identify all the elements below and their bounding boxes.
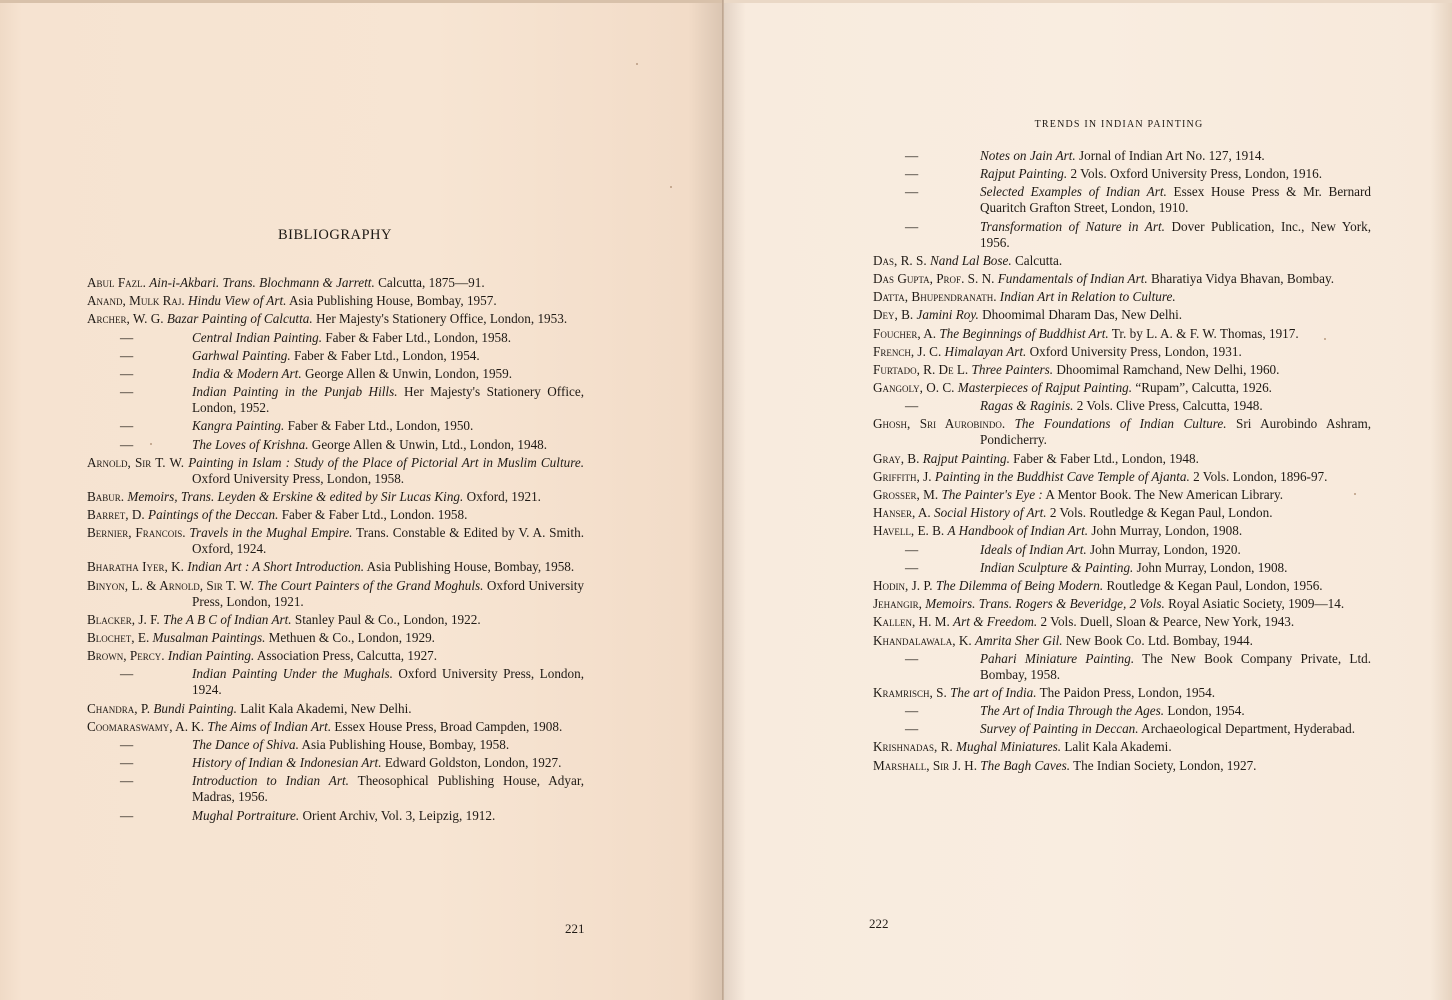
- entry-title: Jamini Roy.: [917, 307, 979, 322]
- bibliography-entry: Griffith, J. Painting in the Buddhist Ca…: [873, 469, 1371, 485]
- entry-publication: 2 Vols. London, 1896-97.: [1193, 469, 1327, 484]
- entry-publication: A Mentor Book. The New American Library.: [1045, 487, 1283, 502]
- entry-author: Furtado, R. De L.: [873, 362, 968, 377]
- bibliography-entry: —Ragas & Raginis. 2 Vols. Clive Press, C…: [873, 398, 1371, 414]
- entry-publication: Faber & Faber Ltd., London, 1948.: [1013, 451, 1199, 466]
- entry-title: Central Indian Painting.: [192, 330, 322, 345]
- entry-title: Garhwal Painting.: [192, 348, 291, 363]
- paper-speck: [636, 63, 638, 65]
- entry-title: India & Modern Art.: [192, 366, 302, 381]
- entry-publication: Bharatiya Vidya Bhavan, Bombay.: [1151, 271, 1334, 286]
- ditto-dash: —: [120, 737, 133, 753]
- entry-author: Das Gupta, Prof. S. N.: [873, 271, 994, 286]
- paper-speck: [1324, 338, 1326, 340]
- entry-publication: George Allen & Unwin, London, 1959.: [305, 366, 512, 381]
- entry-title: Hindu View of Art.: [188, 293, 286, 308]
- page-title: BIBLIOGRAPHY: [0, 227, 670, 244]
- entry-title: The Court Painters of the Grand Moghuls.: [257, 578, 483, 593]
- bibliography-entry: Bharatha Iyer, K. Indian Art : A Short I…: [87, 559, 584, 575]
- entry-publication: George Allen & Unwin, Ltd., London, 1948…: [312, 437, 547, 452]
- entry-author: Havell, E. B.: [873, 523, 944, 538]
- entry-title: Bundi Painting.: [153, 701, 237, 716]
- bibliography-entry: Ghosh, Sri Aurobindo. The Foundations of…: [873, 416, 1371, 448]
- entry-publication: Methuen & Co., London, 1929.: [269, 630, 435, 645]
- ditto-dash: —: [905, 560, 918, 576]
- entry-title: Bazar Painting of Calcutta.: [167, 311, 313, 326]
- bibliography-entry: Krishnadas, R. Mughal Miniatures. Lalit …: [873, 739, 1371, 755]
- bibliography-entry: Bernier, Francois. Travels in the Mughal…: [87, 525, 584, 557]
- bibliography-entry: Havell, E. B. A Handbook of Indian Art. …: [873, 523, 1371, 539]
- ditto-dash: —: [120, 366, 133, 382]
- entry-title: Painting in the Buddhist Cave Temple of …: [935, 469, 1190, 484]
- entry-author: Jehangir,: [873, 596, 922, 611]
- entry-author: Hodin, J. P.: [873, 578, 933, 593]
- running-head: TRENDS IN INDIAN PAINTING: [724, 119, 1452, 130]
- bibliography-entry: Kallen, H. M. Art & Freedom. 2 Vols. Due…: [873, 614, 1371, 630]
- bibliography-entry: Coomaraswamy, A. K. The Aims of Indian A…: [87, 719, 584, 735]
- bibliography-entry: Abul Fazl. Ain-i-Akbari. Trans. Blochman…: [87, 275, 584, 291]
- entry-author: Dey, B.: [873, 307, 913, 322]
- entry-author: Coomaraswamy, A. K.: [87, 719, 204, 734]
- bibliography-entry: —History of Indian & Indonesian Art. Edw…: [87, 755, 584, 771]
- entry-title: The Bagh Caves.: [980, 758, 1070, 773]
- ditto-dash: —: [905, 721, 918, 737]
- entry-title: Indian Painting.: [168, 648, 254, 663]
- bibliography-entry: —Introduction to Indian Art. Theosophica…: [87, 773, 584, 805]
- entry-title: Nand Lal Bose.: [930, 253, 1012, 268]
- left-page: BIBLIOGRAPHY Abul Fazl. Ain-i-Akbari. Tr…: [0, 0, 724, 1000]
- entry-title: The Foundations of Indian Culture.: [1015, 416, 1227, 431]
- entry-title: Painting in Islam : Study of the Place o…: [188, 455, 584, 470]
- entry-publication: Faber & Faber Ltd., London, 1958.: [325, 330, 511, 345]
- entry-title: Mughal Portraiture.: [192, 808, 299, 823]
- bibliography-entry: —Survey of Painting in Deccan. Archaeolo…: [873, 721, 1371, 737]
- entry-title: Indian Art : A Short Introduction.: [187, 559, 364, 574]
- ditto-dash: —: [120, 384, 133, 400]
- entry-title: Ain-i-Akbari. Trans. Blochmann & Jarrett…: [149, 275, 375, 290]
- entry-author: Barret, D.: [87, 507, 145, 522]
- entry-publication: Tr. by L. A. & F. W. Thomas, 1917.: [1112, 326, 1299, 341]
- entry-title: Kangra Painting.: [192, 418, 284, 433]
- bibliography-entry: Brown, Percy. Indian Painting. Associati…: [87, 648, 584, 664]
- entry-publication: John Murray, London, 1920.: [1090, 542, 1241, 557]
- bibliography-entry: Arnold, Sir T. W. Painting in Islam : St…: [87, 455, 584, 487]
- paper-speck: [1354, 493, 1356, 495]
- ditto-dash: —: [905, 148, 918, 164]
- bibliography-entry: Binyon, L. & Arnold, Sir T. W. The Court…: [87, 578, 584, 610]
- entry-title: Transformation of Nature in Art.: [980, 219, 1165, 234]
- ditto-dash: —: [905, 542, 918, 558]
- entry-publication: The Indian Society, London, 1927.: [1073, 758, 1256, 773]
- entry-publication: “Rupam”, Calcutta, 1926.: [1135, 380, 1272, 395]
- entry-title: Himalayan Art.: [945, 344, 1027, 359]
- page-number: 222: [869, 916, 889, 932]
- paper-speck: [150, 443, 152, 445]
- paper-speck: [670, 186, 672, 188]
- entry-publication: Asia Publishing House, Bombay, 1958.: [302, 737, 510, 752]
- entry-title: Masterpieces of Rajput Painting.: [958, 380, 1132, 395]
- bibliography-entry: —Garhwal Painting. Faber & Faber Ltd., L…: [87, 348, 584, 364]
- entry-title: The Dilemma of Being Modern.: [936, 578, 1103, 593]
- ditto-dash: —: [120, 755, 133, 771]
- bibliography-entry: French, J. C. Himalayan Art. Oxford Univ…: [873, 344, 1371, 360]
- bibliography-list-right: —Notes on Jain Art. Jornal of Indian Art…: [873, 148, 1371, 776]
- ditto-dash: —: [120, 666, 133, 682]
- bibliography-entry: Furtado, R. De L. Three Painters. Dhoomi…: [873, 362, 1371, 378]
- bibliography-entry: —Indian Painting in the Punjab Hills. He…: [87, 384, 584, 416]
- bibliography-entry: —Transformation of Nature in Art. Dover …: [873, 219, 1371, 251]
- bibliography-entry: —Ideals of Indian Art. John Murray, Lond…: [873, 542, 1371, 558]
- entry-title: Amrita Sher Gil.: [975, 633, 1063, 648]
- bibliography-entry: Chandra, P. Bundi Painting. Lalit Kala A…: [87, 701, 584, 717]
- entry-publication: Routledge & Kegan Paul, London, 1956.: [1107, 578, 1323, 593]
- bibliography-entry: Kramrisch, S. The art of India. The Paid…: [873, 685, 1371, 701]
- bibliography-entry: Grosser, M. The Painter's Eye : A Mentor…: [873, 487, 1371, 503]
- entry-publication: Orient Archiv, Vol. 3, Leipzig, 1912.: [303, 808, 496, 823]
- entry-title: Three Painters.: [972, 362, 1054, 377]
- entry-title: Rajput Painting.: [923, 451, 1010, 466]
- entry-author: Kramrisch, S.: [873, 685, 947, 700]
- bibliography-entry: Das Gupta, Prof. S. N. Fundamentals of I…: [873, 271, 1371, 287]
- entry-title: The Art of India Through the Ages.: [980, 703, 1164, 718]
- ditto-dash: —: [905, 398, 918, 414]
- entry-author: Marshall, Sir J. H.: [873, 758, 977, 773]
- entry-title: Indian Sculpture & Painting.: [980, 560, 1133, 575]
- ditto-dash: —: [905, 219, 918, 235]
- bibliography-entry: Barret, D. Paintings of the Deccan. Fabe…: [87, 507, 584, 523]
- bibliography-entry: Blacker, J. F. The A B C of Indian Art. …: [87, 612, 584, 628]
- entry-publication: Faber & Faber Ltd., London, 1950.: [288, 418, 474, 433]
- entry-title: The Loves of Krishna.: [192, 437, 309, 452]
- entry-author: Archer, W. G.: [87, 311, 164, 326]
- ditto-dash: —: [905, 166, 918, 182]
- bibliography-entry: —The Loves of Krishna. George Allen & Un…: [87, 437, 584, 453]
- entry-author: Chandra, P.: [87, 701, 150, 716]
- entry-author: Abul Fazl.: [87, 275, 146, 290]
- bibliography-entry: Anand, Mulk Raj. Hindu View of Art. Asia…: [87, 293, 584, 309]
- entry-publication: Lalit Kala Akademi.: [1064, 739, 1171, 754]
- entry-title: The Aims of Indian Art.: [207, 719, 331, 734]
- entry-publication: Asia Publishing House, Bombay, 1958.: [367, 559, 575, 574]
- entry-title: Art & Freedom.: [953, 614, 1037, 629]
- bibliography-entry: —Mughal Portraiture. Orient Archiv, Vol.…: [87, 808, 584, 824]
- entry-title: Indian Painting Under the Mughals.: [192, 666, 393, 681]
- bibliography-list-left: Abul Fazl. Ain-i-Akbari. Trans. Blochman…: [87, 275, 584, 826]
- ditto-dash: —: [120, 773, 133, 789]
- entry-author: Grosser, M.: [873, 487, 938, 502]
- entry-publication: Oxford University Press, London, 1931.: [1030, 344, 1242, 359]
- ditto-dash: —: [120, 808, 133, 824]
- entry-publication: Dhoomimal Ramchand, New Delhi, 1960.: [1056, 362, 1279, 377]
- entry-publication: Calcutta.: [1015, 253, 1062, 268]
- entry-publication: Oxford University Press, London, 1958.: [192, 471, 404, 486]
- entry-publication: Asia Publishing House, Bombay, 1957.: [289, 293, 497, 308]
- entry-publication: Her Majesty's Stationery Office, London,…: [316, 311, 567, 326]
- bibliography-entry: —The Dance of Shiva. Asia Publishing Hou…: [87, 737, 584, 753]
- entry-publication: Dhoomimal Dharam Das, New Delhi.: [982, 307, 1182, 322]
- bibliography-entry: Das, R. S. Nand Lal Bose. Calcutta.: [873, 253, 1371, 269]
- bibliography-entry: —Central Indian Painting. Faber & Faber …: [87, 330, 584, 346]
- entry-author: Khandalawala, K.: [873, 633, 972, 648]
- entry-author: Krishnadas, R.: [873, 739, 953, 754]
- entry-title: Ragas & Raginis.: [980, 398, 1073, 413]
- entry-title: The Beginnings of Buddhist Art.: [939, 326, 1108, 341]
- entry-title: The Dance of Shiva.: [192, 737, 299, 752]
- bibliography-entry: Foucher, A. The Beginnings of Buddhist A…: [873, 326, 1371, 342]
- entry-author: Blacker, J. F.: [87, 612, 160, 627]
- bibliography-entry: Archer, W. G. Bazar Painting of Calcutta…: [87, 311, 584, 327]
- entry-title: The art of India.: [950, 685, 1036, 700]
- entry-title: Paintings of the Deccan.: [148, 507, 278, 522]
- entry-publication: 2 Vols. Routledge & Kegan Paul, London.: [1050, 505, 1273, 520]
- entry-author: Anand, Mulk Raj.: [87, 293, 185, 308]
- entry-publication: Stanley Paul & Co., London, 1922.: [295, 612, 481, 627]
- entry-title: The Painter's Eye :: [941, 487, 1042, 502]
- entry-author: Brown, Percy.: [87, 648, 165, 663]
- entry-title: Indian Art in Relation to Culture.: [1000, 289, 1176, 304]
- right-page: TRENDS IN INDIAN PAINTING —Notes on Jain…: [724, 0, 1452, 1000]
- ditto-dash: —: [905, 703, 918, 719]
- entry-publication: Royal Asiatic Society, 1909—14.: [1168, 596, 1344, 611]
- entry-publication: Oxford, 1921.: [467, 489, 541, 504]
- entry-author: Gangoly, O. C.: [873, 380, 954, 395]
- bibliography-entry: Datta, Bhupendranath. Indian Art in Rela…: [873, 289, 1371, 305]
- bibliography-entry: —Indian Painting Under the Mughals. Oxfo…: [87, 666, 584, 698]
- ditto-dash: —: [120, 330, 133, 346]
- entry-title: Selected Examples of Indian Art.: [980, 184, 1167, 199]
- bibliography-entry: Khandalawala, K. Amrita Sher Gil. New Bo…: [873, 633, 1371, 649]
- entry-publication: London, 1954.: [1167, 703, 1244, 718]
- ditto-dash: —: [120, 437, 133, 453]
- entry-author: Hanser, A.: [873, 505, 931, 520]
- entry-author: Bharatha Iyer, K.: [87, 559, 184, 574]
- entry-publication: Jornal of Indian Art No. 127, 1914.: [1079, 148, 1265, 163]
- bibliography-entry: Jehangir, Memoirs. Trans. Rogers & Bever…: [873, 596, 1371, 612]
- entry-title: Social History of Art.: [934, 505, 1047, 520]
- entry-publication: Lalit Kala Akademi, New Delhi.: [240, 701, 411, 716]
- bibliography-entry: Blochet, E. Musalman Paintings. Methuen …: [87, 630, 584, 646]
- bibliography-entry: —Rajput Painting. 2 Vols. Oxford Univers…: [873, 166, 1371, 182]
- entry-author: Griffith, J.: [873, 469, 932, 484]
- entry-publication: 2 Vols. Oxford University Press, London,…: [1070, 166, 1322, 181]
- entry-publication: Faber & Faber Ltd., London. 1958.: [282, 507, 468, 522]
- entry-publication: Archaeological Department, Hyderabad.: [1141, 721, 1355, 736]
- bibliography-entry: —Kangra Painting. Faber & Faber Ltd., Lo…: [87, 418, 584, 434]
- bibliography-entry: —The Art of India Through the Ages. Lond…: [873, 703, 1371, 719]
- entry-title: Notes on Jain Art.: [980, 148, 1076, 163]
- entry-title: Indian Painting in the Punjab Hills.: [192, 384, 398, 399]
- entry-author: French, J. C.: [873, 344, 941, 359]
- entry-title: A Handbook of Indian Art.: [948, 523, 1089, 538]
- entry-publication: Calcutta, 1875—91.: [378, 275, 485, 290]
- ditto-dash: —: [120, 348, 133, 364]
- bibliography-entry: —India & Modern Art. George Allen & Unwi…: [87, 366, 584, 382]
- entry-title: Memoirs, Trans. Leyden & Erskine & edite…: [127, 489, 463, 504]
- bibliography-entry: Hanser, A. Social History of Art. 2 Vols…: [873, 505, 1371, 521]
- entry-publication: Faber & Faber Ltd., London, 1954.: [294, 348, 480, 363]
- entry-title: History of Indian & Indonesian Art.: [192, 755, 382, 770]
- entry-title: Memoirs. Trans. Rogers & Beveridge, 2 Vo…: [925, 596, 1165, 611]
- entry-author: Bernier, Francois.: [87, 525, 186, 540]
- entry-title: Musalman Paintings.: [153, 630, 266, 645]
- entry-author: Binyon, L. & Arnold, Sir T. W.: [87, 578, 254, 593]
- bibliography-entry: Gray, B. Rajput Painting. Faber & Faber …: [873, 451, 1371, 467]
- entry-title: The A B C of Indian Art.: [163, 612, 292, 627]
- entry-author: Foucher, A.: [873, 326, 936, 341]
- bibliography-entry: Babur. Memoirs, Trans. Leyden & Erskine …: [87, 489, 584, 505]
- ditto-dash: —: [905, 651, 918, 667]
- ditto-dash: —: [120, 418, 133, 434]
- entry-author: Blochet, E.: [87, 630, 149, 645]
- bibliography-entry: Marshall, Sir J. H. The Bagh Caves. The …: [873, 758, 1371, 774]
- bibliography-entry: Gangoly, O. C. Masterpieces of Rajput Pa…: [873, 380, 1371, 396]
- bibliography-entry: —Pahari Miniature Painting. The New Book…: [873, 651, 1371, 683]
- entry-publication: New Book Co. Ltd. Bombay, 1944.: [1066, 633, 1253, 648]
- entry-author: Ghosh, Sri Aurobindo.: [873, 416, 1005, 431]
- bibliography-entry: —Notes on Jain Art. Jornal of Indian Art…: [873, 148, 1371, 164]
- entry-publication: John Murray, London, 1908.: [1091, 523, 1242, 538]
- entry-publication: John Murray, London, 1908.: [1137, 560, 1288, 575]
- bibliography-entry: Dey, B. Jamini Roy. Dhoomimal Dharam Das…: [873, 307, 1371, 323]
- entry-title: Ideals of Indian Art.: [980, 542, 1087, 557]
- entry-publication: The Paidon Press, London, 1954.: [1040, 685, 1215, 700]
- entry-title: Mughal Miniatures.: [956, 739, 1061, 754]
- entry-author: Arnold, Sir T. W.: [87, 455, 184, 470]
- entry-author: Gray, B.: [873, 451, 919, 466]
- entry-publication: Association Press, Calcutta, 1927.: [257, 648, 437, 663]
- entry-title: Rajput Painting.: [980, 166, 1067, 181]
- entry-author: Das, R. S.: [873, 253, 927, 268]
- entry-author: Datta, Bhupendranath.: [873, 289, 997, 304]
- entry-publication: 2 Vols. Clive Press, Calcutta, 1948.: [1077, 398, 1263, 413]
- entry-title: Pahari Miniature Painting.: [980, 651, 1134, 666]
- entry-publication: Essex House Press, Broad Campden, 1908.: [334, 719, 562, 734]
- bibliography-entry: —Selected Examples of Indian Art. Essex …: [873, 184, 1371, 216]
- ditto-dash: —: [905, 184, 918, 200]
- entry-publication: Edward Goldston, London, 1927.: [385, 755, 562, 770]
- entry-publication: 2 Vols. Duell, Sloan & Pearce, New York,…: [1040, 614, 1294, 629]
- entry-title: Survey of Painting in Deccan.: [980, 721, 1139, 736]
- entry-title: Travels in the Mughal Empire.: [189, 525, 352, 540]
- entry-title: Introduction to Indian Art.: [192, 773, 349, 788]
- entry-title: Fundamentals of Indian Art.: [998, 271, 1148, 286]
- bibliography-entry: Hodin, J. P. The Dilemma of Being Modern…: [873, 578, 1371, 594]
- bibliography-entry: —Indian Sculpture & Painting. John Murra…: [873, 560, 1371, 576]
- entry-author: Kallen, H. M.: [873, 614, 950, 629]
- page-number: 221: [565, 921, 585, 937]
- entry-author: Babur.: [87, 489, 124, 504]
